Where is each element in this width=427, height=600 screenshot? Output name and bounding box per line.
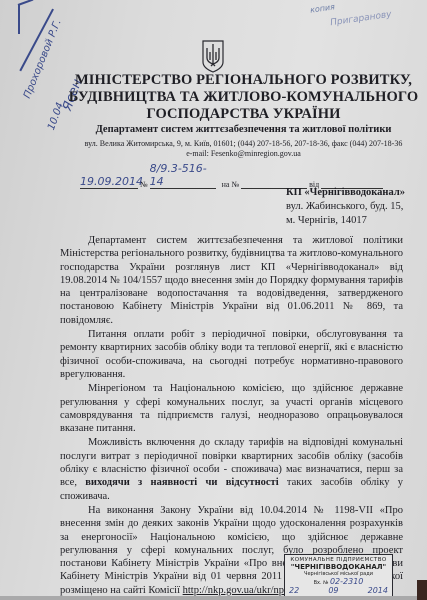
- number-label: №: [140, 180, 148, 189]
- trident-emblem-icon: [202, 40, 224, 73]
- stamp-incoming-number: 02-2310: [330, 577, 363, 586]
- stamp-company-name: "ЧЕРНІГІВВОДОКАНАЛ": [285, 563, 392, 571]
- handwritten-note: копия: [309, 2, 335, 14]
- scanned-letter-page: Прохоровой Р.Г. Ясен 10.04 копия Пригара…: [0, 0, 427, 600]
- incoming-registration-stamp: КОМУНАЛЬНЕ ПІДПРИЄМСТВО "ЧЕРНІГІВВОДОКАН…: [284, 554, 393, 598]
- ministry-title-line2: БУДІВНИЦТВА ТА ЖИТЛОВО-КОМУНАЛЬНОГО: [60, 89, 427, 106]
- paragraph-2: Питання оплати робіт з періодичної повір…: [60, 328, 403, 381]
- stamp-month: 09: [328, 586, 338, 595]
- stamp-incoming-label: Вх. №: [314, 580, 329, 586]
- on-number-label: на №: [222, 180, 239, 189]
- paragraph-4-emphasis: виходячи з наявності чи відсутності: [85, 477, 278, 488]
- handwritten-resolution: Прохоровой Р.Г.: [22, 18, 64, 100]
- recipient-city: м. Чернігів, 14017: [286, 214, 405, 228]
- letter-body: Департамент систем життєзабезпечення та …: [60, 234, 403, 598]
- recipient-street: вул. Жабинського, буд. 15,: [286, 200, 405, 214]
- paragraph-1: Департамент систем життєзабезпечення та …: [60, 234, 403, 327]
- ministry-address: вул. Велика Житомирська, 9, м. Київ, 016…: [60, 139, 427, 159]
- page-corner-background: [417, 580, 427, 600]
- paragraph-3: Мінрегіоном та Національною комісією, що…: [60, 382, 403, 435]
- paragraph-4: Можливість включення до складу тарифів н…: [60, 436, 403, 502]
- stamp-incoming: Вх. № 02-2310: [285, 577, 392, 586]
- handwritten-mark: [18, 0, 34, 6]
- handwritten-mark: [18, 4, 20, 34]
- email-line: e-mail: Fesenko@minregion.gov.ua: [60, 149, 427, 159]
- outgoing-number: 8/9.3-516-14: [150, 162, 207, 188]
- page-edge-shadow: [0, 596, 427, 600]
- stamp-day: 22: [289, 586, 299, 595]
- handwritten-note: Пригаранову: [330, 10, 393, 29]
- stamp-year: 2014: [368, 586, 388, 595]
- ministry-title-line3: ГОСПОДАРСТВА УКРАЇНИ: [60, 106, 427, 123]
- ministry-title-line1: МІНІСТЕРСТВО РЕГІОНАЛЬНОГО РОЗВИТКУ,: [60, 72, 427, 89]
- recipient-block: КП «Чернігівводоканал» вул. Жабинського,…: [286, 186, 405, 228]
- department-name: Департамент систем життєзабезпечення та …: [60, 124, 427, 135]
- reference-line: 19.09.2014 № 8/9.3-516-14 на № від: [80, 162, 427, 189]
- outgoing-date: 19.09.2014: [80, 175, 143, 188]
- address-line: вул. Велика Житомирська, 9, м. Київ, 016…: [60, 139, 427, 149]
- stamp-date: 22 09 2014: [285, 586, 392, 595]
- ministry-title: МІНІСТЕРСТВО РЕГІОНАЛЬНОГО РОЗВИТКУ, БУД…: [60, 72, 427, 123]
- recipient-name: КП «Чернігівводоканал»: [286, 186, 405, 200]
